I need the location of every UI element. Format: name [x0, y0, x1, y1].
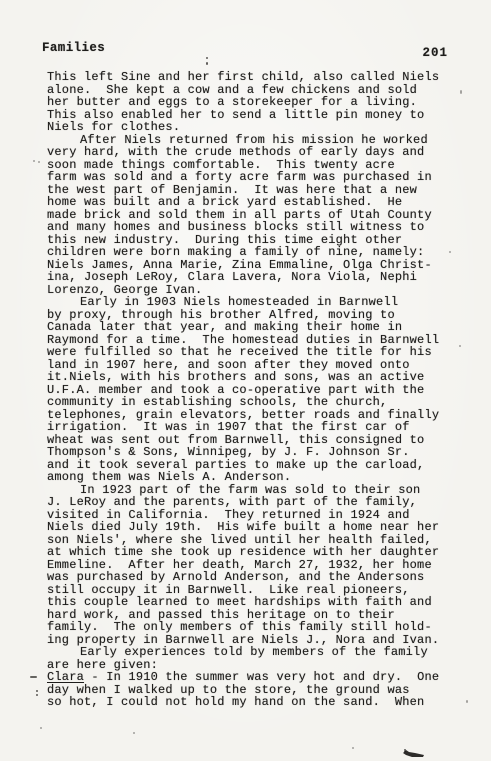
scanned-page: Families 201 This left Sine and her firs… — [0, 0, 491, 761]
scan-speck — [459, 345, 461, 347]
scan-speck — [36, 690, 38, 692]
scan-speck — [40, 727, 42, 729]
scan-speck — [206, 62, 208, 65]
paragraph-1: This left Sine and her first child, also… — [47, 71, 459, 134]
scan-speck — [36, 694, 38, 696]
body-text: This left Sine and her first child, also… — [47, 71, 459, 709]
page-header: Families 201 — [42, 41, 449, 57]
scan-speck — [206, 57, 208, 59]
scan-speck — [38, 161, 40, 163]
paragraph-2: After Niels returned from his mission he… — [47, 134, 459, 297]
scan-speck — [466, 700, 468, 703]
paragraph-6: Clara - In 1910 the summer was very hot … — [47, 671, 459, 709]
scan-speck — [133, 732, 135, 734]
scan-speck — [449, 251, 451, 253]
scan-dash — [30, 676, 37, 678]
scan-speck — [352, 747, 354, 749]
paragraph-3: Early in 1903 Niels homesteaded in Barnw… — [47, 296, 459, 484]
section-title: Families — [42, 41, 105, 55]
clara-underlined-lead: Clara — [47, 670, 84, 684]
page-number: 201 — [422, 46, 448, 60]
paragraph-4: In 1923 part of the farm was sold to the… — [47, 484, 459, 647]
ink-smudge — [403, 745, 425, 761]
scan-speck — [33, 160, 35, 162]
paragraph-6-first-line-rest: - In 1910 the summer was very hot and dr… — [84, 670, 439, 684]
paragraph-6-rest: day when I walked up to the store, the g… — [47, 684, 459, 709]
paragraph-5: Early experiences told by members of the… — [47, 646, 459, 671]
scan-speck — [460, 90, 462, 94]
